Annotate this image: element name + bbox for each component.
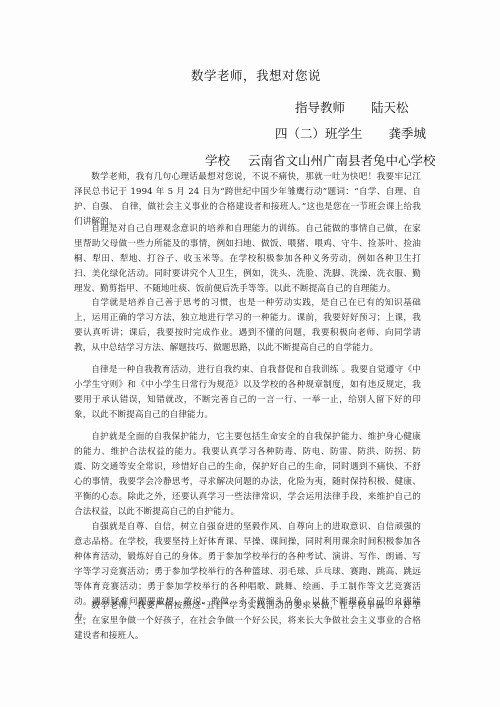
paragraph-self-protection: 自护就是全面的自我保护能力，它主要包括生命安全的自我保护能力、维护身心健康的能力…: [74, 430, 421, 520]
school-name: 云南省文山州广南县者兔中心学校: [248, 153, 436, 168]
advisor-label: 指导教师: [295, 98, 345, 116]
advisor-line: 指导教师陆天松: [295, 98, 409, 116]
document-title: 数学老师，我想对您说: [0, 66, 500, 84]
paragraph-self-study: 自学就是培养自己善于思考的习惯，也是一种劳动实践，是自己在已有的知识基础上，运用…: [74, 296, 421, 356]
student-label: 四（二）班学生: [275, 124, 363, 142]
student-line: 四（二）班学生龚季城: [275, 124, 426, 142]
document-page: 数学老师，我想对您说 指导教师陆天松 四（二）班学生龚季城 学校云南省文山州广南…: [0, 0, 500, 707]
advisor-name: 陆天松: [371, 100, 409, 115]
student-name: 龚季城: [389, 126, 427, 141]
paragraph-intro: 数学老师，我有几句心理话最想对您说，不说不痛快，那就一吐为快吧！我要牢记江泽民总…: [74, 170, 421, 230]
school-label: 学校: [205, 151, 230, 169]
paragraph-self-care: 自理是对自己自理观念意识的培养和自理能力的训练。自己能做的事情自己做，在家里帮助…: [74, 222, 421, 297]
school-line: 学校云南省文山州广南县者兔中心学校: [205, 151, 436, 169]
paragraph-conclusion: 数学老师，我要严格按照这“五自”学习实践活动的要求来做，在学校争做一个好学生，在…: [74, 599, 421, 644]
paragraph-self-discipline: 自律是一种自我教育活动，进行自我约束、自我督促和自我训练 。我要自觉遵守《中小学…: [74, 363, 421, 423]
